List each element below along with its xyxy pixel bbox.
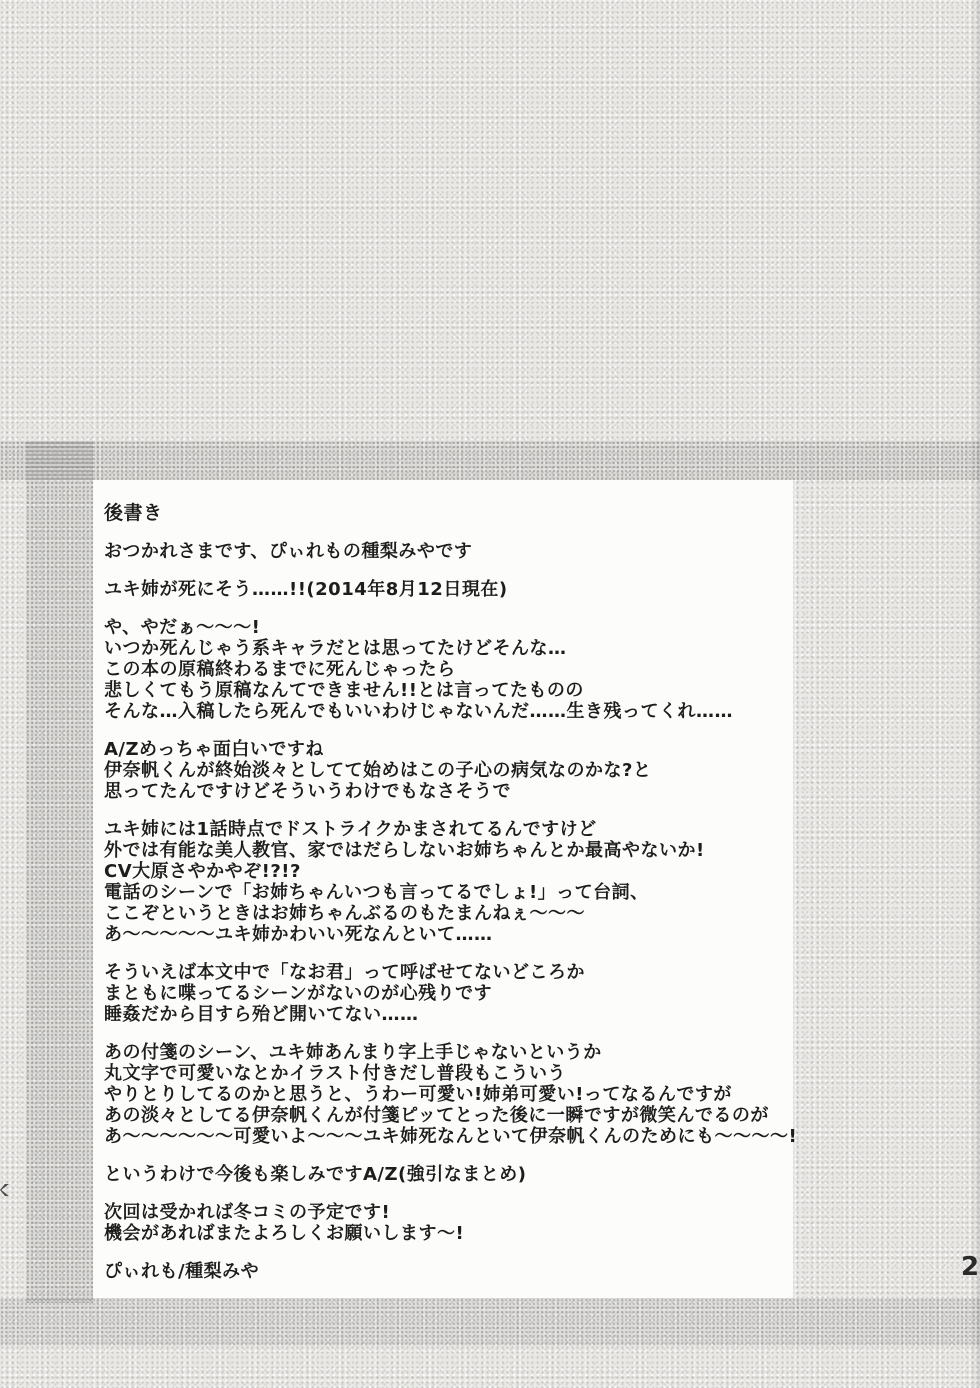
- afterword-line: やりとりしてるのかと思うと、うわー可愛い!姉弟可愛い!ってなるんですが: [104, 1084, 804, 1105]
- afterword-line: ユキ姉には1話時点でドストライクかまされてるんですけど: [104, 819, 804, 840]
- scan-shading-bottom-band: [0, 1298, 980, 1346]
- scan-artifact-mark: [0, 1184, 9, 1196]
- afterword-paragraph: ユキ姉には1話時点でドストライクかまされてるんですけど 外では有能な美人教官、家…: [104, 819, 804, 945]
- afterword-line: ユキ姉が死にそう……!!(2014年8月12日現在): [104, 579, 804, 600]
- afterword-title: 後書き: [104, 503, 804, 524]
- afterword-paragraph: A/Zめっちゃ面白いですね 伊奈帆くんが終始淡々としてて始めはこの子心の病気なの…: [104, 739, 804, 802]
- afterword-line: ここぞというときはお姉ちゃんぶるのもたまんねぇ～～～: [104, 903, 804, 924]
- afterword-paragraph: 次回は受かれば冬コミの予定です! 機会があればまたよろしくお願いします～!: [104, 1202, 804, 1244]
- afterword-line: まともに喋ってるシーンがないのが心残りです: [104, 983, 804, 1004]
- afterword-line: 電話のシーンで「お姉ちゃんいつも言ってるでしょ!」って台詞、: [104, 882, 804, 903]
- afterword-line: 外では有能な美人教官、家ではだらしないお姉ちゃんとか最高やないか!: [104, 840, 804, 861]
- afterword-line: 思ってたんですけどそういうわけでもなさそうで: [104, 781, 804, 802]
- afterword-line: おつかれさまです、ぴぃれもの種梨みやです: [104, 541, 804, 562]
- page-number: 2: [961, 1252, 979, 1282]
- afterword-signature: ぴぃれも/種梨みや: [104, 1261, 804, 1282]
- afterword-line: 丸文字で可愛いなとかイラスト付きだし普段もこういう: [104, 1063, 804, 1084]
- afterword-line: いつか死んじゃう系キャラだとは思ってたけどそんな…: [104, 638, 804, 659]
- afterword-line: 次回は受かれば冬コミの予定です!: [104, 1202, 804, 1223]
- scan-shading-left-strip: [26, 441, 93, 1303]
- afterword-line: 悲しくてもう原稿なんてできません!!とは言ってたものの: [104, 680, 804, 701]
- afterword-line: あの淡々としてる伊奈帆くんが付箋ピッてとった後に一瞬ですが微笑んでるのが: [104, 1105, 804, 1126]
- afterword-paragraph: おつかれさまです、ぴぃれもの種梨みやです: [104, 541, 804, 562]
- afterword-line: あ～～～～～～可愛いよ～～～ユキ姉死なんといて伊奈帆くんのためにも～～～～!: [104, 1126, 804, 1147]
- afterword-line: そういえば本文中で「なお君」って呼ばせてないどころか: [104, 962, 804, 983]
- afterword-paragraph: あの付箋のシーン、ユキ姉あんまり字上手じゃないというか 丸文字で可愛いなとかイラ…: [104, 1042, 804, 1147]
- afterword-paragraph: というわけで今後も楽しみですA/Z(強引なまとめ): [104, 1164, 804, 1185]
- afterword-line: あの付箋のシーン、ユキ姉あんまり字上手じゃないというか: [104, 1042, 804, 1063]
- afterword-line: A/Zめっちゃ面白いですね: [104, 739, 804, 760]
- scan-shading-top-band: [0, 441, 980, 480]
- afterword-line: 機会があればまたよろしくお願いします～!: [104, 1223, 804, 1244]
- scanned-doujin-page: 後書き おつかれさまです、ぴぃれもの種梨みやです ユキ姉が死にそう……!!(20…: [0, 0, 980, 1388]
- afterword-paragraph: そういえば本文中で「なお君」って呼ばせてないどころか まともに喋ってるシーンがな…: [104, 962, 804, 1025]
- afterword-line: CV大原さやかやぞ!?!?: [104, 861, 804, 882]
- afterword-text-block: 後書き おつかれさまです、ぴぃれもの種梨みやです ユキ姉が死にそう……!!(20…: [104, 503, 804, 1299]
- afterword-line: そんな…入稿したら死んでもいいわけじゃないんだ……生き残ってくれ……: [104, 701, 804, 722]
- afterword-line: や、やだぁ～～～!: [104, 617, 804, 638]
- afterword-line: あ～～～～～ユキ姉かわいい死なんといて……: [104, 924, 804, 945]
- afterword-line: この本の原稿終わるまでに死んじゃったら: [104, 659, 804, 680]
- afterword-line: 伊奈帆くんが終始淡々としてて始めはこの子心の病気なのかな?と: [104, 760, 804, 781]
- afterword-paragraph: や、やだぁ～～～! いつか死んじゃう系キャラだとは思ってたけどそんな… この本の…: [104, 617, 804, 722]
- afterword-paragraph: ユキ姉が死にそう……!!(2014年8月12日現在): [104, 579, 804, 600]
- afterword-paragraph: ぴぃれも/種梨みや: [104, 1261, 804, 1282]
- afterword-line: というわけで今後も楽しみですA/Z(強引なまとめ): [104, 1164, 804, 1185]
- afterword-line: 睡姦だから目すら殆ど開いてない……: [104, 1004, 804, 1025]
- scan-right-edge-shadow: [971, 0, 980, 1388]
